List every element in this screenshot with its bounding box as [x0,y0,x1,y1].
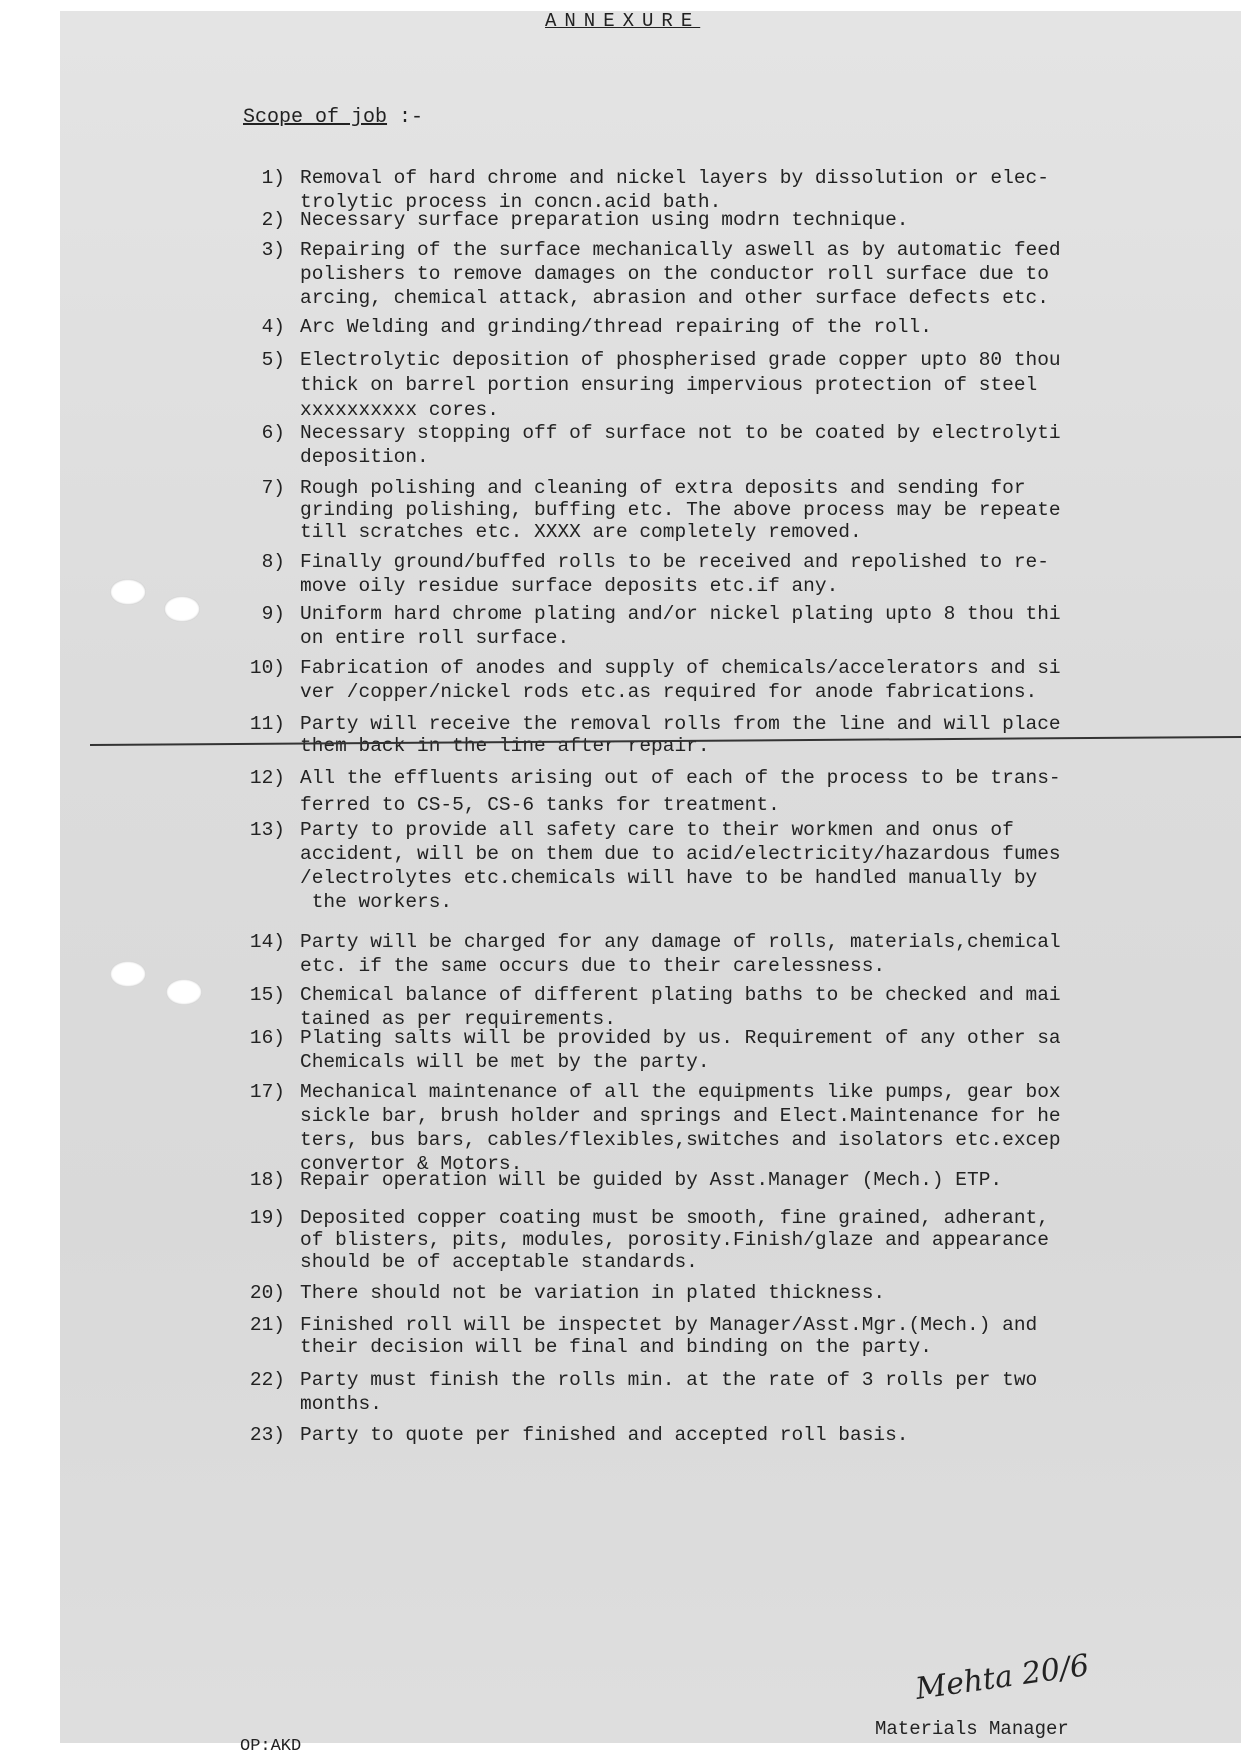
item-number: 6) [240,423,285,444]
item-text-line: Finally ground/buffed rolls to be receiv… [300,552,1049,573]
item-text-line: accident, will be on them due to acid/el… [300,844,1061,865]
item-text-line: Arc Welding and grinding/thread repairin… [300,317,932,338]
item-text-line: Fabrication of anodes and supply of chem… [300,658,1061,679]
item-text-line: deposition. [300,447,429,468]
item-text-line: etc. if the same occurs due to their car… [300,956,885,977]
item-number: 18) [240,1170,285,1191]
item-text-line: Repairing of the surface mechanically as… [300,240,1061,261]
item-text-line: sickle bar, brush holder and springs and… [300,1106,1061,1127]
item-text-line: Plating salts will be provided by us. Re… [300,1028,1061,1049]
section-heading-text: Scope of job [243,106,387,129]
reference-initials: OP:AKD [240,1737,301,1754]
item-text-line: Electrolytic deposition of phospherised … [300,350,1061,371]
punch-hole [166,979,202,1005]
item-text-line: Chemicals will be met by the party. [300,1052,710,1073]
item-text-line: There should not be variation in plated … [300,1283,885,1304]
item-number: 4) [240,317,285,338]
item-text-line: arcing, chemical attack, abrasion and ot… [300,288,1049,309]
item-text-line: Mechanical maintenance of all the equipm… [300,1082,1061,1103]
item-number: 9) [240,604,285,625]
item-number: 20) [240,1283,285,1304]
item-number: 19) [240,1208,285,1229]
item-number: 13) [240,820,285,841]
item-number: 10) [240,658,285,679]
item-text-line: months. [300,1394,382,1415]
item-text-line: ver /copper/nickel rods etc.as required … [300,682,1037,703]
section-heading: Scope of job :- [243,106,423,129]
item-text-line: of blisters, pits, modules, porosity.Fin… [300,1230,1049,1251]
item-text-line: Deposited copper coating must be smooth,… [300,1208,1049,1229]
item-text-line: should be of acceptable standards. [300,1252,698,1273]
item-number: 2) [240,210,285,231]
item-text-line: Party will be charged for any damage of … [300,932,1061,953]
item-number: 21) [240,1315,285,1336]
punch-hole [164,596,200,622]
item-number: 15) [240,985,285,1006]
item-text-line: Party must finish the rolls min. at the … [300,1370,1037,1391]
item-text-line: Party to quote per finished and accepted… [300,1425,909,1446]
item-text-line: Rough polishing and cleaning of extra de… [300,478,1026,499]
item-text-line: on entire roll surface. [300,628,569,649]
item-text-line: Uniform hard chrome plating and/or nicke… [300,604,1061,625]
item-text-line: polishers to remove damages on the condu… [300,264,1049,285]
document-title: ANNEXURE [545,10,700,32]
item-text-line: ferred to CS-5, CS-6 tanks for treatment… [300,795,780,816]
signatory-title: Materials Manager [875,1718,1069,1740]
item-text-line: xxxxxxxxxx cores. [300,400,499,421]
item-number: 11) [240,714,285,735]
section-heading-suffix: :- [387,106,423,129]
item-number: 8) [240,552,285,573]
item-text-line: Repair operation will be guided by Asst.… [300,1170,1002,1191]
item-text-line: their decision will be final and binding… [300,1337,932,1358]
item-number: 14) [240,932,285,953]
item-text-line: Chemical balance of different plating ba… [300,985,1061,1006]
item-number: 5) [240,350,285,371]
item-number: 1) [240,168,285,189]
item-number: 7) [240,478,285,499]
item-text-line: Party to provide all safety care to thei… [300,820,1014,841]
punch-hole [110,579,146,605]
item-text-line: grinding polishing, buffing etc. The abo… [300,500,1061,521]
item-text-line: ters, bus bars, cables/flexibles,switche… [300,1130,1061,1151]
item-text-line: Necessary stopping off of surface not to… [300,423,1061,444]
item-number: 3) [240,240,285,261]
item-text-line: /electrolytes etc.chemicals will have to… [300,868,1037,889]
item-number: 12) [240,768,285,789]
item-number: 23) [240,1425,285,1446]
item-number: 17) [240,1082,285,1103]
item-number: 16) [240,1028,285,1049]
item-text-line: All the effluents arising out of each of… [300,768,1061,789]
item-text-line: Removal of hard chrome and nickel layers… [300,168,1049,189]
item-text-line: Necessary surface preparation using modr… [300,210,909,231]
item-text-line: Finished roll will be inspectet by Manag… [300,1315,1037,1336]
item-text-line: thick on barrel portion ensuring impervi… [300,375,1037,396]
punch-hole [110,961,146,987]
item-text-line: till scratches etc. XXXX are completely … [300,522,862,543]
item-text-line: the workers. [300,892,452,913]
item-text-line: move oily residue surface deposits etc.i… [300,576,838,597]
item-number: 22) [240,1370,285,1391]
item-text-line: Party will receive the removal rolls fro… [300,714,1061,735]
